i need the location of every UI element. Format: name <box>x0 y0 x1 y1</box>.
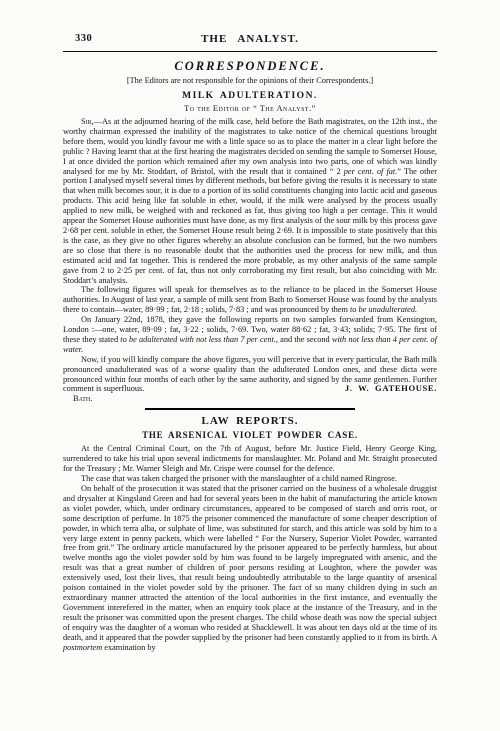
law-report-paragraph: The case that was taken charged the pris… <box>63 474 437 484</box>
section-title-law-reports: LAW REPORTS. <box>63 415 437 427</box>
letter-signature: J. W. GATEHOUSE. <box>327 384 437 394</box>
letter-title: MILK ADULTERATION. <box>63 91 437 101</box>
page-content: 330 THE ANALYST. CORRESPONDENCE. [The Ed… <box>63 33 437 652</box>
letter-salutation: To the Editor of “ The Analyst.” <box>63 104 437 113</box>
letter-paragraph: Now, if you will kindly compare the abov… <box>63 355 437 395</box>
law-report-paragraph: On behalf of the prosecution it was stat… <box>63 484 437 652</box>
journal-title: THE ANALYST. <box>63 33 437 45</box>
section-divider <box>145 408 355 410</box>
letter-place: Bath. <box>73 394 437 404</box>
case-title: THE ARSENICAL VIOLET POWDER CASE. <box>63 430 437 440</box>
editors-note: [The Editors are not responsible for the… <box>63 76 437 85</box>
journal-page: 330 THE ANALYST. CORRESPONDENCE. [The Ed… <box>0 0 500 731</box>
header-rule <box>63 51 437 52</box>
running-head: 330 THE ANALYST. <box>63 33 437 46</box>
page-number: 330 <box>75 33 92 44</box>
law-report-paragraph: At the Central Criminal Court, on the 7t… <box>63 444 437 474</box>
section-title-correspondence: CORRESPONDENCE. <box>63 59 437 74</box>
letter-paragraph: The following figures will speak for the… <box>63 285 437 315</box>
letter-paragraph: On January 22nd, 1878, they gave the fol… <box>63 315 437 355</box>
letter-paragraph: Sir,—As at the adjourned hearing of the … <box>63 117 437 285</box>
